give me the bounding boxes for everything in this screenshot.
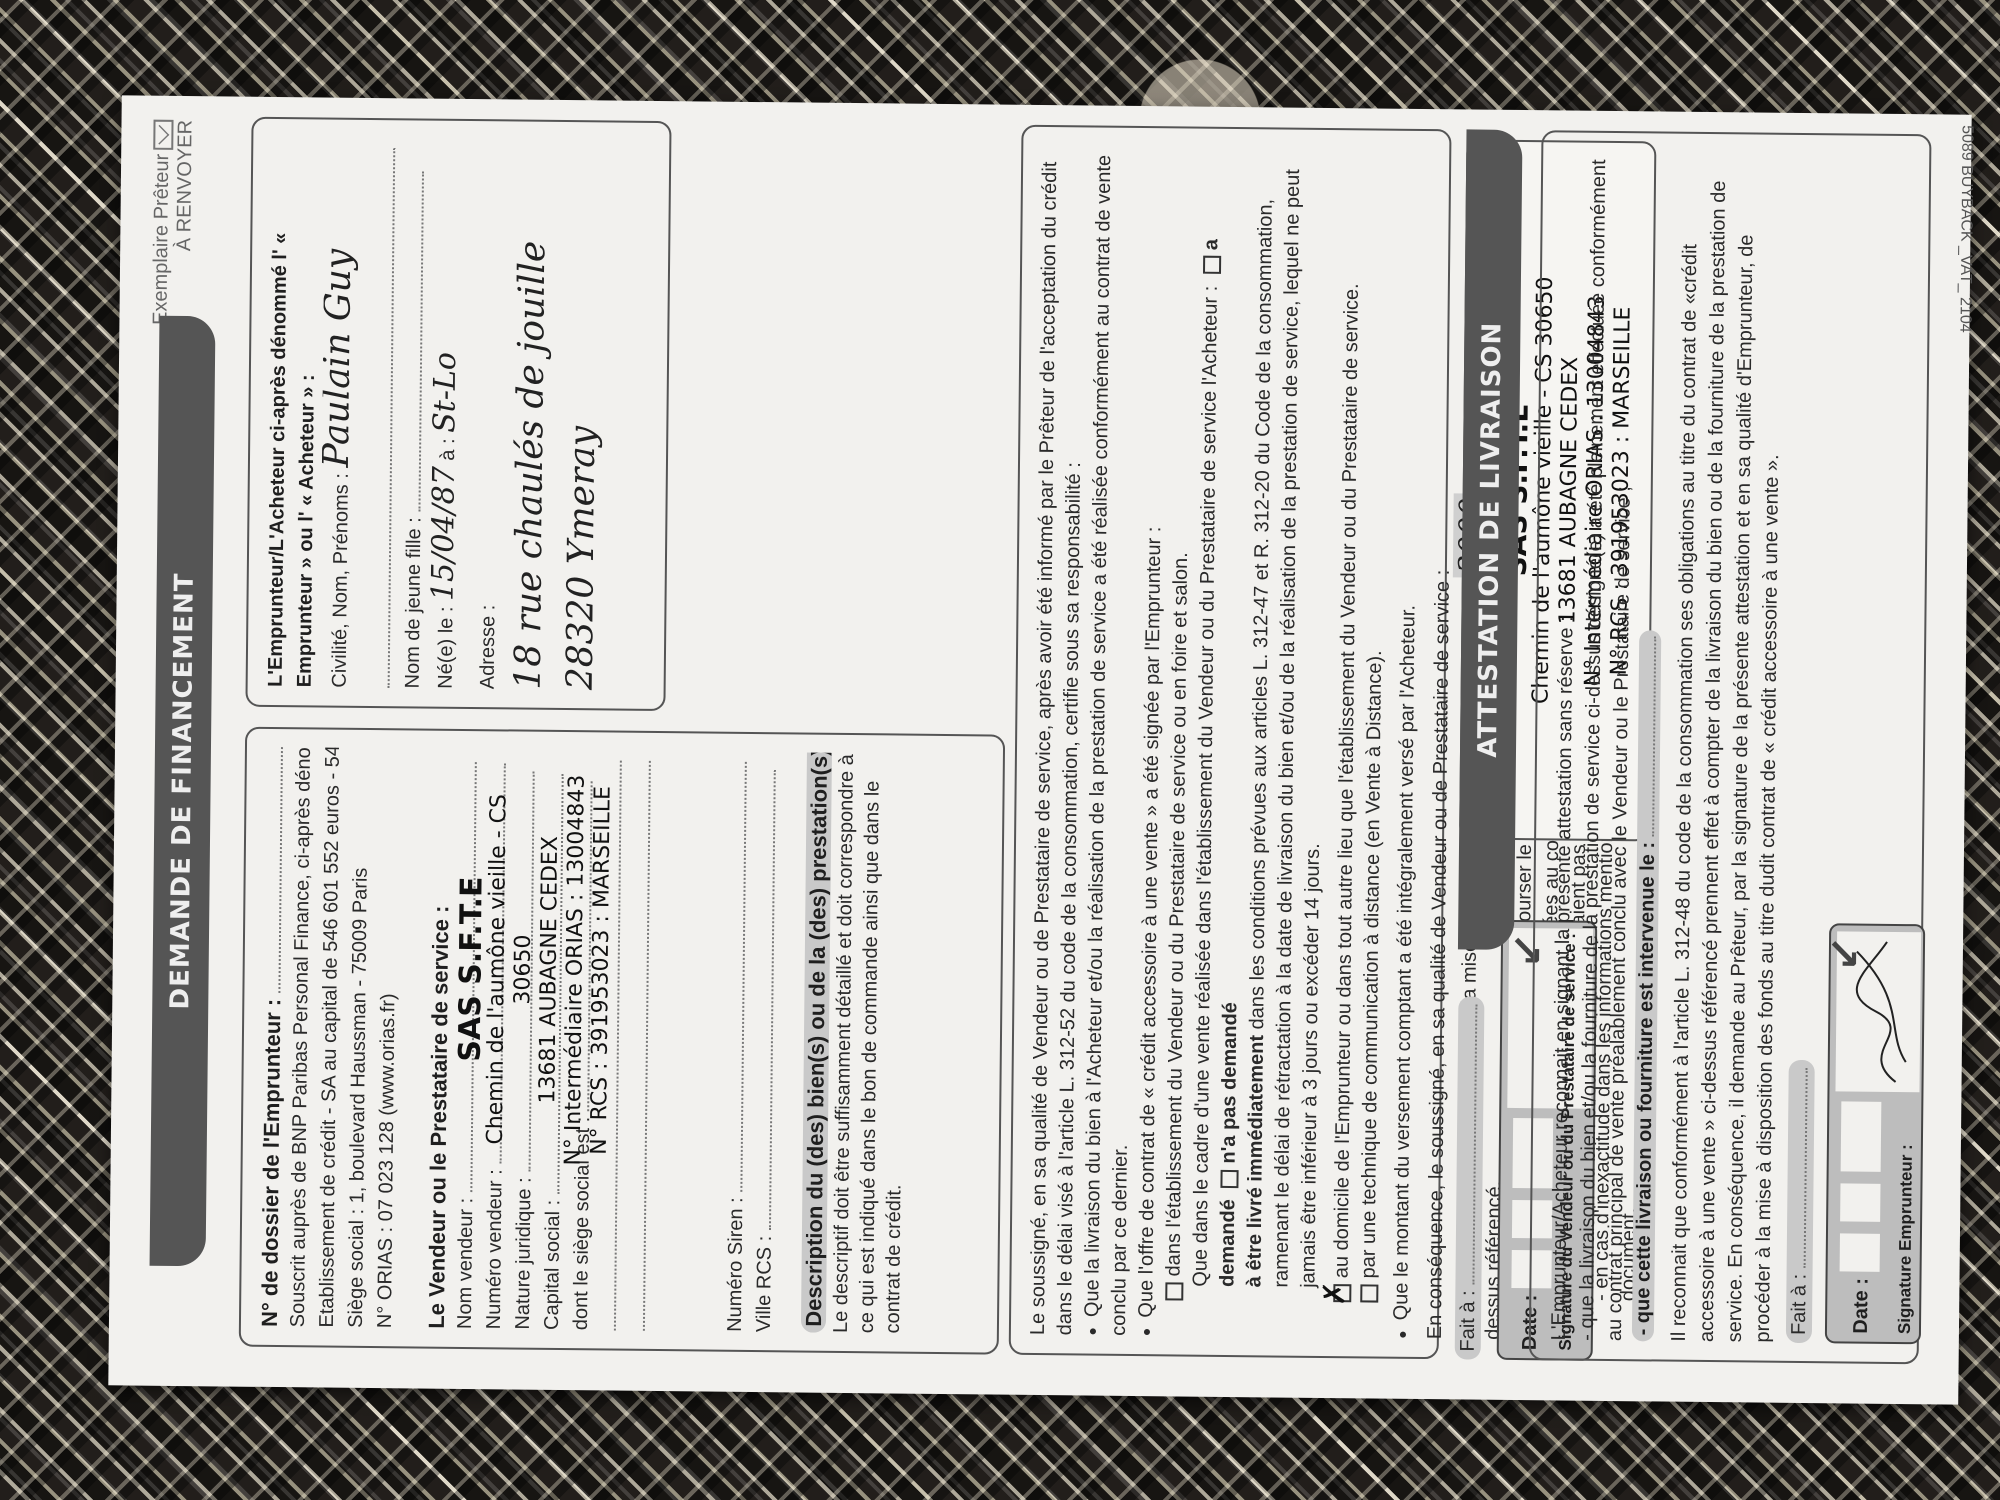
copy-note: Exemplaire Prêteur À RENVOYER xyxy=(149,120,197,326)
vendor-certification-box: Le soussigné, en sa qualité de Vendeur o… xyxy=(1009,125,1452,1359)
borrower-date-year[interactable] xyxy=(1841,1101,1882,1171)
borrower-date-label: Date : xyxy=(1847,1278,1876,1334)
rcs-city-field[interactable] xyxy=(769,770,776,1230)
dossier-line: N° ORIAS : 07 023 128 (www.orias.fr) xyxy=(371,748,406,1328)
copy-note-line1: Exemplaire Prêteur xyxy=(149,154,173,325)
legal-form-label: Nature juridique : xyxy=(512,1177,536,1330)
maiden-name-label: Nom de jeune fille : xyxy=(402,517,426,688)
vendor-place-label: Fait à : xyxy=(1457,1290,1480,1351)
vendor-fields: Nom vendeur : Numéro vendeur : Nature ju… xyxy=(451,749,687,1331)
borrower-place-field[interactable] xyxy=(1804,1068,1808,1268)
attestation-title: ATTESTATION DE LIVRAISON xyxy=(1458,129,1523,950)
rcs-city-label: Ville RCS : xyxy=(753,1236,776,1333)
option-distance-label: par une technique de communication à dis… xyxy=(1358,650,1387,1278)
dossier-vendor-box: N° de dossier de l'Emprunteur : Souscrit… xyxy=(239,727,1005,1355)
maiden-name-field[interactable] xyxy=(418,172,424,512)
form-code: 5089 BUYBACK _VAT_ 2104 xyxy=(1955,125,1975,333)
borrower-date-month[interactable] xyxy=(1840,1183,1880,1221)
vendor-stamp-line: Chemin de l'aumône vieille - CS 30650 xyxy=(482,759,538,1180)
address-line2-field[interactable]: 28320 Ymeray xyxy=(555,140,613,691)
description-note: Le descriptif doit être suffisamment dét… xyxy=(828,753,912,1334)
borrower-signature-label: Signature Emprunteur : xyxy=(1891,1144,1921,1334)
birth-date-field[interactable]: 15/04/87 xyxy=(428,466,462,601)
vendor-number-label: Numéro vendeur : xyxy=(483,1169,507,1329)
vendor-stamp: SAS S.F.T.E Chemin de l'aumône vieille -… xyxy=(456,759,616,1181)
paper-sheet: Exemplaire Prêteur À RENVOYER DEMANDE DE… xyxy=(108,95,1971,1404)
siren-field[interactable] xyxy=(740,762,747,1192)
arrow-down-left-icon: ↙ xyxy=(1831,936,1859,971)
attestation-box: L'Emprunteur/Acheteur reconnait en signa… xyxy=(1529,130,1932,1364)
checkbox-domicile[interactable] xyxy=(1333,1284,1351,1302)
vendor-place-field[interactable] xyxy=(1472,1005,1477,1285)
checkbox-establishment[interactable] xyxy=(1165,1282,1183,1300)
financing-form-page: Exemplaire Prêteur À RENVOYER DEMANDE DE… xyxy=(108,95,1971,1404)
envelope-icon xyxy=(153,120,173,150)
birth-place-label: à : xyxy=(437,438,459,460)
birth-date-label: Né(e) le : xyxy=(435,606,458,688)
form-title: DEMANDE DE FINANCEMENT xyxy=(150,316,216,1267)
borrower-date-day[interactable] xyxy=(1840,1233,1880,1271)
capital-label: Capital social : xyxy=(541,1200,564,1330)
civility-label: Civilité, Nom, Prénoms : xyxy=(329,473,353,688)
civility-field[interactable]: Paulain Guy xyxy=(320,249,360,468)
checkbox-distance[interactable] xyxy=(1360,1284,1378,1302)
address-line1-field[interactable]: 18 rue chaulés de jouille xyxy=(503,139,561,690)
checkbox-a-demande[interactable] xyxy=(1203,256,1221,274)
delivery-date-label: - que cette livraison ou fourniture est … xyxy=(1632,842,1659,1336)
borrower-place-label: Fait à : xyxy=(1788,1274,1811,1335)
borrower-signature-box: Date : ↙ Signature Emprunteur : xyxy=(1825,923,1925,1344)
vendor-stamp-line: N° RCS : 391953023 : MARSEILLE xyxy=(586,760,616,1180)
vendor-name-label: Nom vendeur : xyxy=(454,1198,477,1329)
borrower-box: L'Emprunteur/L'Acheteur ci-après dénommé… xyxy=(245,117,671,711)
siren-label: Numéro Siren : xyxy=(724,1197,747,1332)
checkbox-na-pas-demande[interactable] xyxy=(1221,1170,1239,1188)
birth-place-field[interactable]: St-Lo xyxy=(428,352,464,433)
dossier-label: N° de dossier de l'Emprunteur : xyxy=(257,999,285,1327)
attestation-paragraph: Il reconnait que conformément à l'articl… xyxy=(1665,152,1789,1343)
copy-note-line2: À RENVOYER xyxy=(172,120,197,325)
delivery-date-field[interactable] xyxy=(1652,636,1656,836)
borrower-heading: L'Emprunteur/L'Acheteur ci-après dénommé… xyxy=(262,137,326,688)
dossier-number-field[interactable] xyxy=(278,747,283,993)
